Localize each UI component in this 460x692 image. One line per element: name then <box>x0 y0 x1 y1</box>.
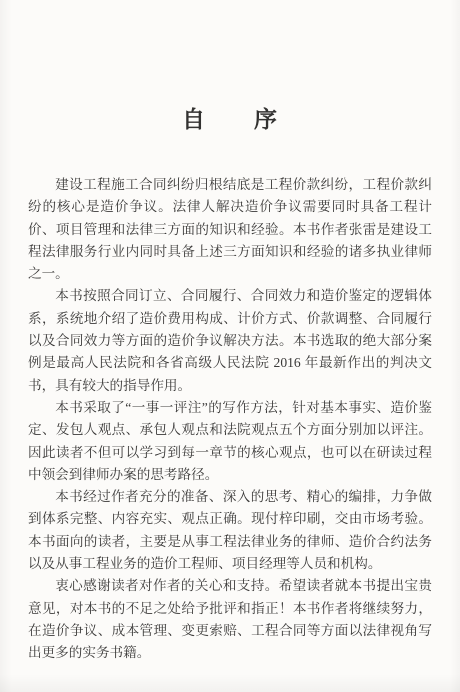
paragraph-1: 建设工程施工合同纠纷归根结底是工程价款纠纷，工程价款纠纷的核心是造价争议。法律人… <box>28 174 432 285</box>
paragraph-3: 本书采取了“一事一评注”的写作方法，针对基本事实、造价鉴定、发包人观点、承包人观… <box>28 397 432 486</box>
preface-body: 建设工程施工合同纠纷归根结底是工程价款纠纷，工程价款纠纷的核心是造价争议。法律人… <box>28 174 432 665</box>
paragraph-2: 本书按照合同订立、合同履行、合同效力和造价鉴定的逻辑体系，系统地介绍了造价费用构… <box>28 285 432 396</box>
paragraph-5: 衷心感谢读者对作者的关心和支持。希望读者就本书提出宝贵意见，对本书的不足之处给予… <box>28 575 432 664</box>
paragraph-4: 本书经过作者充分的准备、深入的思考、精心的编排，力争做到体系完整、内容充实、观点… <box>28 486 432 575</box>
page-title: 自 序 <box>0 0 460 134</box>
book-preface-page: 自 序 建设工程施工合同纠纷归根结底是工程价款纠纷，工程价款纠纷的核心是造价争议… <box>0 0 460 692</box>
